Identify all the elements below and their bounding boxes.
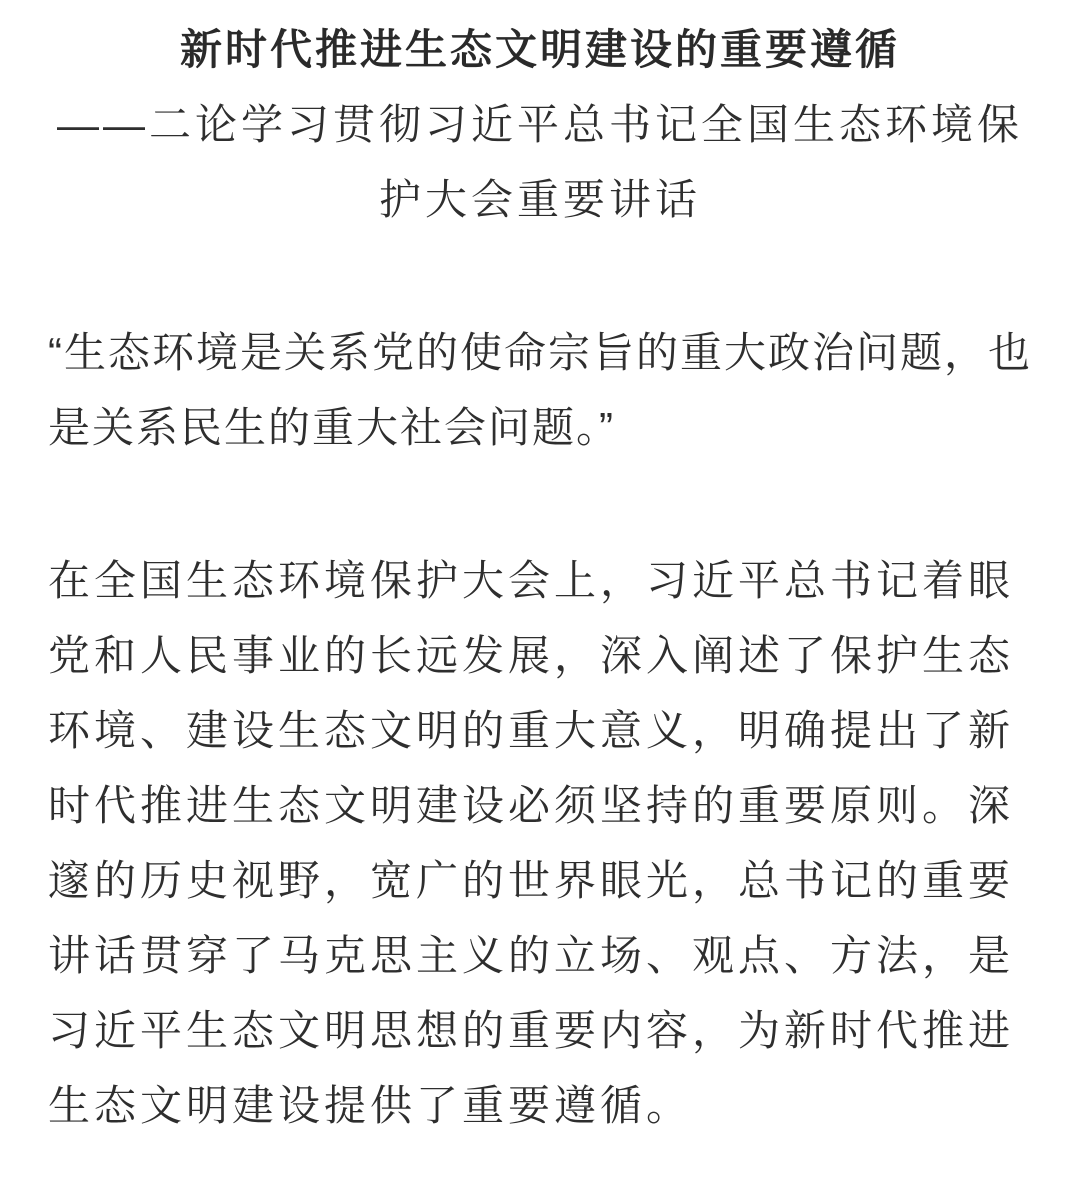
article-subtitle: ——二论学习贯彻习近平总书记全国生态环境保护大会重要讲话: [48, 87, 1032, 237]
article-page: 新时代推进生态文明建设的重要遵循 ——二论学习贯彻习近平总书记全国生态环境保护大…: [0, 0, 1080, 1187]
body-paragraph: 在全国生态环境保护大会上，习近平总书记着眼党和人民事业的长远发展，深入阐述了保护…: [48, 543, 1032, 1143]
article-title: 新时代推进生态文明建设的重要遵循: [48, 12, 1032, 87]
quote-paragraph: “生态环境是关系党的使命宗旨的重大政治问题，也是关系民生的重大社会问题。”: [48, 315, 1032, 465]
